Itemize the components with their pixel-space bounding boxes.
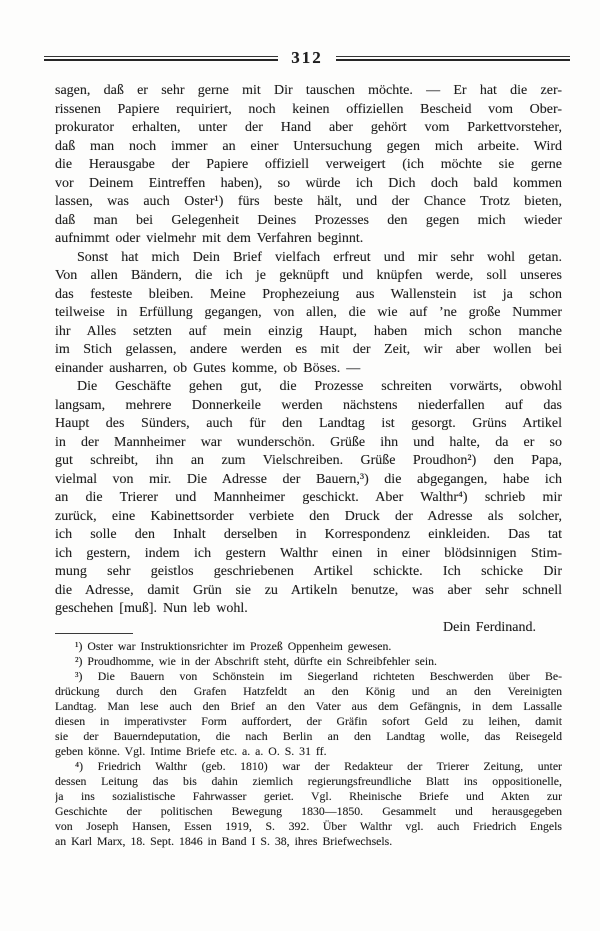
header-rule-left: [44, 56, 278, 61]
text-line: geschehen [muß]. Nun leb wohl.: [55, 600, 562, 619]
text-line: Von allen Bändern, die ich je geknüpft u…: [55, 267, 562, 286]
footnote-line: ja ins sozialistische Fahrwasser geriet.…: [55, 789, 562, 804]
text-line: Haupt des Sünders, auch für den Landtag …: [55, 415, 562, 434]
text-line: die Adresse, damit Grün sie zu Artikeln …: [55, 582, 562, 601]
footnote-lines: ¹) Oster war Instruktionsrichter im Proz…: [55, 639, 562, 849]
text-line: in der Mannheimer war wunderschön. Grüße…: [55, 434, 562, 453]
text-line: daß man bei Gelegenheit Deines Prozesses…: [55, 212, 562, 231]
footnote-line: diesen in imperativster Form auffordert,…: [55, 714, 562, 729]
text-line: ihr Alles setzten auf mein einzig Haupt,…: [55, 323, 562, 342]
letter-paragraphs: sagen, daß er sehr gerne mit Dir tausche…: [55, 82, 562, 619]
text-line: ich solle den Inhalt derselben in Korres…: [55, 526, 562, 545]
text-line: vor Deinem Eintreffen haben), so würde i…: [55, 175, 562, 194]
book-page: 312 sagen, daß er sehr gerne mit Dir tau…: [0, 0, 600, 931]
footnote-line: Landtag. Man lese auch den Brief an den …: [55, 699, 562, 714]
footnote-line: ⁴) Friedrich Walthr (geb. 1810) war der …: [55, 759, 562, 774]
page-header: 312: [44, 50, 570, 67]
footnote-line: dessen Leitung das bis dahin ziemlich re…: [55, 774, 562, 789]
footnote-line: geben könne. Vgl. Intime Briefe etc. a. …: [55, 744, 562, 759]
text-line: langsam, mehrere Donnerkeile werden näch…: [55, 397, 562, 416]
text-line: zurück, eine Kabinettsorder verbiete den…: [55, 508, 562, 527]
text-line: Die Geschäfte gehen gut, die Prozesse sc…: [55, 378, 562, 397]
header-rule-right: [336, 56, 570, 61]
text-line: rissenen Papiere requiriert, noch keinen…: [55, 101, 562, 120]
footnote-line: ³) Die Bauern von Schönstein im Siegerla…: [55, 669, 562, 684]
letter-body: sagen, daß er sehr gerne mit Dir tausche…: [55, 82, 562, 637]
footnote-line: drückung durch den Grafen Hatzfeldt an d…: [55, 684, 562, 699]
text-line: Sonst hat mich Dein Brief vielfach erfre…: [55, 249, 562, 268]
text-line: gut schreibt, ihn an zum Vielschreiben. …: [55, 452, 562, 471]
footnote-line: sie der Bauerndeputation, die nach Berli…: [55, 729, 562, 744]
text-line: das festeste bleiben. Meine Prophezeiung…: [55, 286, 562, 305]
text-line: prokurator erhalten, unter der Hand aber…: [55, 119, 562, 138]
footnote-line: Geschichte der politischen Bewegung 1830…: [55, 804, 562, 819]
text-line: mung sehr geistlos geschriebenen Artikel…: [55, 563, 562, 582]
text-line: an die Trierer und Mannheimer geschickt.…: [55, 489, 562, 508]
page-number: 312: [278, 49, 336, 66]
footnotes-section: ¹) Oster war Instruktionsrichter im Proz…: [55, 633, 562, 849]
text-line: ich gestern, indem ich gestern Walthr ei…: [55, 545, 562, 564]
text-line: lassen, was auch Oster¹) fürs beste hält…: [55, 193, 562, 212]
text-line: einander ausharren, ob Gutes komme, ob B…: [55, 360, 562, 379]
text-line: aufnimmt oder vielmehr mit dem Verfahren…: [55, 230, 562, 249]
footnote-line: ²) Proudhomme, wie in der Abschrift steh…: [55, 654, 562, 669]
footnote-divider: [55, 633, 133, 634]
footnote-line: von Joseph Hansen, Essen 1919, S. 392. Ü…: [55, 819, 562, 834]
text-line: daß man noch immer an einer Untersuchung…: [55, 138, 562, 157]
text-line: sagen, daß er sehr gerne mit Dir tausche…: [55, 82, 562, 101]
text-line: teilweise in Erfüllung gegangen, von all…: [55, 304, 562, 323]
text-line: vielmal von mir. Die Adresse der Bauern,…: [55, 471, 562, 490]
footnote-line: ¹) Oster war Instruktionsrichter im Proz…: [55, 639, 562, 654]
text-line: im Stich gelassen, andere werden es mit …: [55, 341, 562, 360]
text-line: die Herausgabe der Papiere offiziell ver…: [55, 156, 562, 175]
footnote-line: an Karl Marx, 18. Sept. 1846 in Band I S…: [55, 834, 562, 849]
